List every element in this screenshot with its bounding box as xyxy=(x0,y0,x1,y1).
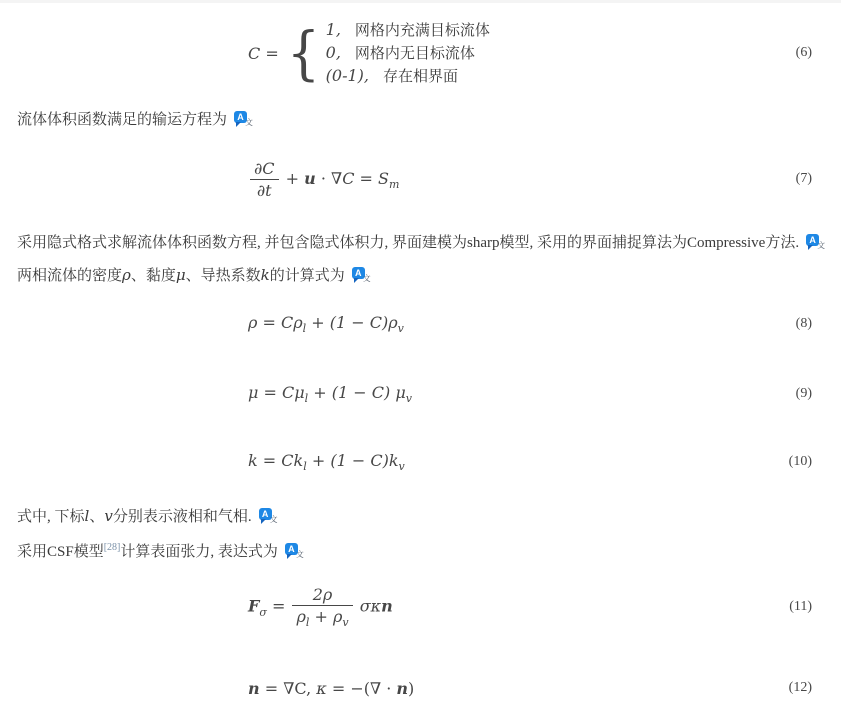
equation-6-lhs: C = xyxy=(248,44,279,63)
case-value: (0-1), xyxy=(326,65,369,86)
equation-number: (9) xyxy=(780,386,812,402)
equation-number: (6) xyxy=(780,45,812,61)
translate-icon-glyph: 文 xyxy=(270,516,278,524)
translate-icon-tail xyxy=(236,122,241,127)
top-divider xyxy=(0,0,841,3)
left-brace: { xyxy=(287,21,320,85)
normal-vector: n xyxy=(396,679,408,698)
normal-vector: n xyxy=(381,597,393,616)
equation-number: (7) xyxy=(780,171,812,187)
translate-icon[interactable]: A文 xyxy=(259,508,279,524)
paragraph-properties: 两相流体的密度ρ、黏度μ、导热系数k的计算式为A文 xyxy=(17,265,372,286)
case-row: (0-1),存在相界面 xyxy=(326,65,490,87)
paper-page: C = { 1,网格内充满目标流体 0,网格内无目标流体 (0-1),存在相界面… xyxy=(0,0,841,712)
paragraph-implicit-scheme: 采用隐式格式求解流体体积函数方程, 并包含隐式体积力, 界面建模为sharp模型… xyxy=(17,233,826,253)
case-value: 0, xyxy=(326,42,341,63)
equation-7-body: ∂C∂t + u · ∇C = Sm xyxy=(248,159,399,200)
equation-11-body: Fσ = 2ρρl + ρv σκn xyxy=(248,585,393,629)
fraction: ∂C∂t xyxy=(250,159,279,200)
equation-6-cases: 1,网格内充满目标流体 0,网格内无目标流体 (0-1),存在相界面 xyxy=(326,19,490,87)
paragraph-csf-model: 采用CSF模型[28]计算表面张力, 表达式为A文 xyxy=(17,538,305,562)
equation-12-body: n = ∇C, κ = −(∇ · n) xyxy=(248,679,414,698)
equation-8-body: ρ = Cρl + (1 − C)ρv xyxy=(248,313,404,335)
velocity-vector: u xyxy=(304,169,316,188)
equation-11: Fσ = 2ρρl + ρv σκn (11) xyxy=(0,584,841,630)
paragraph-text: 流体体积函数满足的输运方程为 xyxy=(17,112,227,128)
case-label: 网格内充满目标流体 xyxy=(355,21,490,39)
paragraph-transport-equation: 流体体积函数满足的输运方程为A文 xyxy=(17,110,254,130)
equation-10: k = Ckl + (1 − C)kv (10) xyxy=(0,444,841,480)
fraction: 2ρρl + ρv xyxy=(292,585,352,629)
equation-12: n = ∇C, κ = −(∇ · n) (12) xyxy=(0,670,841,706)
equation-9-body: μ = Cμl + (1 − C) μv xyxy=(248,383,412,405)
equation-6: C = { 1,网格内充满目标流体 0,网格内无目标流体 (0-1),存在相界面… xyxy=(0,18,841,88)
translate-icon[interactable]: A文 xyxy=(806,234,826,250)
translate-icon[interactable]: A文 xyxy=(285,543,305,559)
translate-icon-glyph: 文 xyxy=(245,119,253,127)
citation-28[interactable]: [28] xyxy=(104,542,121,553)
case-value: 1, xyxy=(326,19,341,40)
equation-6-body: C = { 1,网格内充满目标流体 0,网格内无目标流体 (0-1),存在相界面 xyxy=(248,19,490,87)
translate-icon-tail xyxy=(261,519,266,524)
translate-icon[interactable]: A文 xyxy=(352,267,372,283)
case-label: 存在相界面 xyxy=(383,67,458,85)
mu-symbol: μ xyxy=(176,266,186,284)
equation-number: (11) xyxy=(780,599,812,615)
translate-icon[interactable]: A文 xyxy=(234,111,254,127)
normal-vector: n xyxy=(248,679,260,698)
equation-number: (12) xyxy=(780,680,812,696)
case-label: 网格内无目标流体 xyxy=(355,44,475,62)
translate-icon-glyph: 文 xyxy=(363,275,371,283)
surface-tension-force: F xyxy=(248,597,259,616)
translate-icon-tail xyxy=(354,278,359,283)
curvature-symbol: κ xyxy=(316,679,327,698)
equation-8: ρ = Cρl + (1 − C)ρv (8) xyxy=(0,306,841,342)
translate-icon-glyph: 文 xyxy=(296,551,304,559)
equation-number: (10) xyxy=(780,454,812,470)
equation-number: (8) xyxy=(780,316,812,332)
paragraph-text: 采用隐式格式求解流体体积函数方程, 并包含隐式体积力, 界面建模为sharp模型… xyxy=(17,235,799,251)
k-symbol: k xyxy=(261,266,270,284)
equation-7: ∂C∂t + u · ∇C = Sm (7) xyxy=(0,156,841,202)
case-row: 0,网格内无目标流体 xyxy=(326,42,490,64)
translate-icon-glyph: 文 xyxy=(817,242,825,250)
v-symbol: v xyxy=(104,507,112,525)
case-row: 1,网格内充满目标流体 xyxy=(326,19,490,41)
paragraph-subscripts: 式中, 下标l、v分别表示液相和气相.A文 xyxy=(17,506,279,527)
translate-icon-tail xyxy=(808,245,813,250)
rho-symbol: ρ xyxy=(122,266,131,284)
translate-icon-tail xyxy=(287,554,292,559)
equation-10-body: k = Ckl + (1 − C)kv xyxy=(248,451,405,473)
equation-9: μ = Cμl + (1 − C) μv (9) xyxy=(0,376,841,412)
